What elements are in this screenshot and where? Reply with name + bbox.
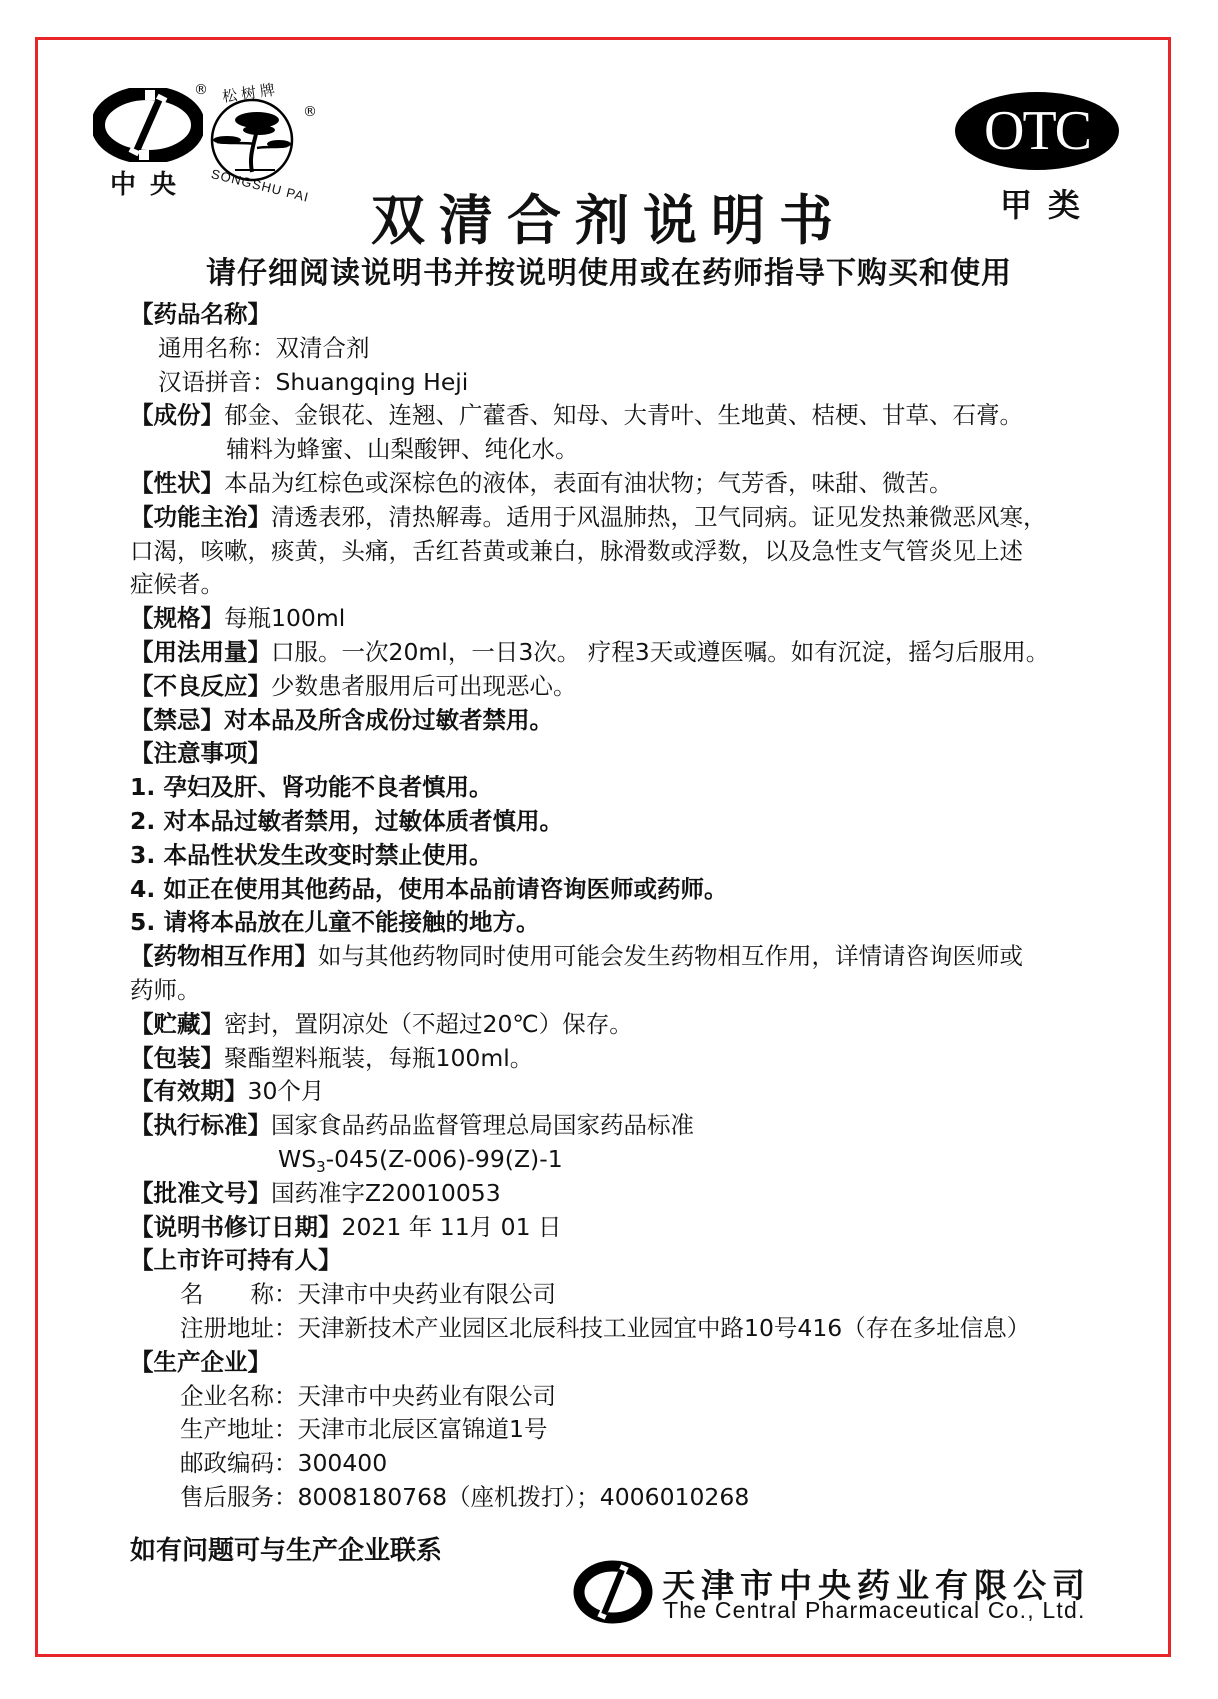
section-storage: 【贮藏】密封，置阴凉处（不超过20℃）保存。 — [130, 1008, 1090, 1042]
registered-mark: ® — [303, 104, 317, 120]
section-approval: 【批准文号】国药准字Z20010053 — [130, 1177, 1090, 1211]
service-phone: 8008180768（座机拨打）；4006010268 — [298, 1483, 750, 1511]
section-spec: 【规格】每瓶100ml — [130, 602, 1090, 636]
precaution-item: 4. 如正在使用其他药品，使用本品前请咨询医师或药师。 — [130, 873, 1090, 907]
precaution-item: 1. 孕妇及肝、肾功能不良者慎用。 — [130, 771, 1090, 805]
footer-company-en: The Central Pharmaceutical Co., Ltd. — [664, 1597, 1086, 1624]
section-dosage: 【用法用量】口服。一次20ml，一日3次。 疗程3天或遵医嘱。如有沉淀，摇匀后服… — [130, 636, 1090, 670]
footer-company-logo-icon — [573, 1558, 653, 1626]
section-revision: 【说明书修订日期】2021 年 11月 01 日 — [130, 1211, 1090, 1245]
section-adverse: 【不良反应】少数患者服用后可出现恶心。 — [130, 670, 1090, 704]
generic-name: 双清合剂 — [276, 334, 370, 362]
page-subtitle: 请仔细阅读说明书并按说明使用或在药师指导下购买和使用 — [0, 248, 1218, 292]
section-standard: 【执行标准】国家食品药品监督管理总局国家药品标准 — [130, 1109, 1090, 1143]
page-title: 双清合剂说明书 — [0, 178, 1218, 255]
standard-code: WS3-045(Z-006)-99(Z)-1 — [130, 1143, 1090, 1177]
contact-note: 如有问题可与生产企业联系 — [130, 1530, 442, 1567]
section-holder: 【上市许可持有人】 — [130, 1244, 1090, 1278]
precaution-item: 3. 本品性状发生改变时禁止使用。 — [130, 839, 1090, 873]
instructions-body: 【药品名称】 通用名称：双清合剂 汉语拼音：Shuangqing Heji 【成… — [130, 298, 1090, 1515]
section-name: 【药品名称】 — [130, 298, 1090, 332]
section-expiry: 【有效期】30个月 — [130, 1075, 1090, 1109]
section-interactions: 【药物相互作用】如与其他药物同时使用可能会发生药物相互作用，详情请咨询医师或 — [130, 940, 1090, 974]
section-packaging: 【包装】聚酯塑料瓶装，每瓶100ml。 — [130, 1042, 1090, 1076]
section-manufacturer: 【生产企业】 — [130, 1346, 1090, 1380]
section-description: 【性状】本品为红棕色或深棕色的液体，表面有油状物；气芳香，味甜、微苦。 — [130, 467, 1090, 501]
section-contraindications: 【禁忌】对本品及所含成份过敏者禁用。 — [130, 704, 1090, 738]
precaution-item: 5. 请将本品放在儿童不能接触的地方。 — [130, 906, 1090, 940]
section-ingredients: 【成份】郁金、金银花、连翘、广藿香、知母、大青叶、生地黄、桔梗、甘草、石膏。 — [130, 399, 1090, 433]
section-precautions: 【注意事项】 — [130, 737, 1090, 771]
precaution-item: 2. 对本品过敏者禁用，过敏体质者慎用。 — [130, 805, 1090, 839]
zhongyang-logo-icon — [93, 88, 203, 162]
pinyin-name: Shuangqing Heji — [276, 368, 469, 396]
otc-badge: OTC — [955, 92, 1119, 170]
section-indications: 【功能主治】清透表邪，清热解毒。适用于风温肺热，卫气同病。证见发热兼微恶风寒， — [130, 501, 1090, 535]
